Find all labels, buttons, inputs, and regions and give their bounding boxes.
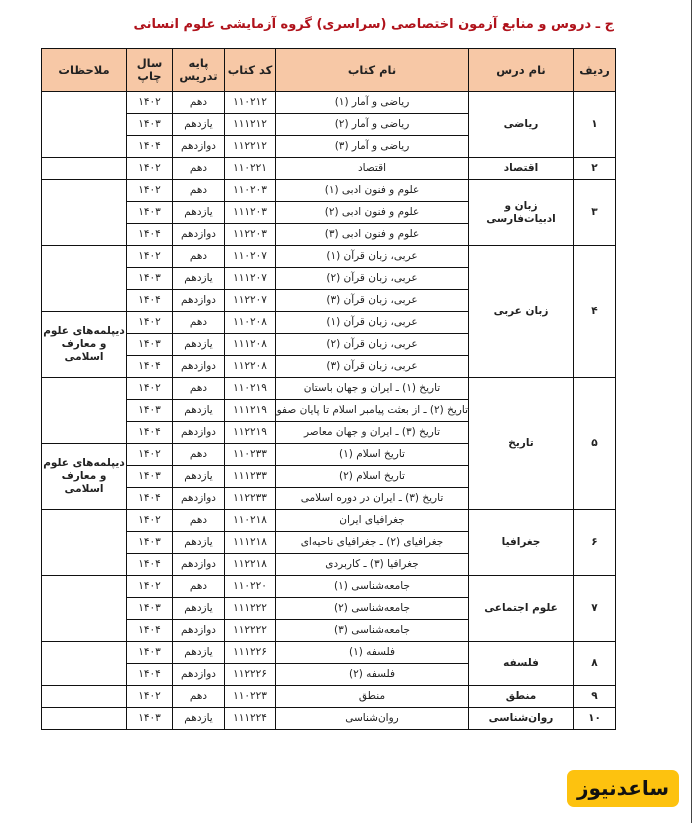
book-title: روان‌شناسی (276, 708, 469, 730)
teaching-grade: یازدهم (173, 400, 225, 422)
book-code: ۱۱۰۲۲۳ (225, 686, 276, 708)
book-title: عربی، زبان قرآن (۲) (276, 268, 469, 290)
book-title: عربی، زبان قرآن (۳) (276, 356, 469, 378)
book-code: ۱۱۰۲۱۸ (225, 510, 276, 532)
table-row: ۱ریاضیریاضی و آمار (۱)۱۱۰۲۱۲دهم۱۴۰۲ (42, 92, 616, 114)
teaching-grade: دهم (173, 246, 225, 268)
book-title: ریاضی و آمار (۱) (276, 92, 469, 114)
print-year: ۱۴۰۴ (127, 422, 173, 444)
teaching-grade: دهم (173, 180, 225, 202)
book-title: جامعه‌شناسی (۲) (276, 598, 469, 620)
page-title: ج ـ دروس و منابع آزمون اختصاصی (سراسری) … (214, 16, 614, 34)
print-year: ۱۴۰۲ (127, 312, 173, 334)
teaching-grade: یازدهم (173, 532, 225, 554)
book-code: ۱۱۰۲۱۹ (225, 378, 276, 400)
book-title: ریاضی و آمار (۳) (276, 136, 469, 158)
book-title: علوم و فنون ادبی (۳) (276, 224, 469, 246)
table-row: ۲اقتصاداقتصاد۱۱۰۲۲۱دهم۱۴۰۲ (42, 158, 616, 180)
row-number: ۳ (574, 180, 616, 246)
course-name: فلسفه (469, 642, 574, 686)
book-title: عربی، زبان قرآن (۲) (276, 334, 469, 356)
book-title: عربی، زبان قرآن (۱) (276, 312, 469, 334)
row-number: ۵ (574, 378, 616, 510)
print-year: ۱۴۰۲ (127, 444, 173, 466)
course-name: زبان عربی (469, 246, 574, 378)
teaching-grade: دوازدهم (173, 136, 225, 158)
book-code: ۱۱۰۲۱۲ (225, 92, 276, 114)
print-year: ۱۴۰۳ (127, 400, 173, 422)
notes-cell (42, 246, 127, 312)
book-code: ۱۱۲۲۰۸ (225, 356, 276, 378)
book-title: عربی، زبان قرآن (۳) (276, 290, 469, 312)
teaching-grade: دوازدهم (173, 224, 225, 246)
book-code: ۱۱۱۲۲۲ (225, 598, 276, 620)
table-row: ۵تاریختاریخ (۱) ـ ایران و جهان باستان۱۱۰… (42, 378, 616, 400)
book-code: ۱۱۰۲۳۳ (225, 444, 276, 466)
print-year: ۱۴۰۲ (127, 158, 173, 180)
print-year: ۱۴۰۳ (127, 708, 173, 730)
print-year: ۱۴۰۳ (127, 334, 173, 356)
print-year: ۱۴۰۴ (127, 356, 173, 378)
book-code: ۱۱۲۲۲۶ (225, 664, 276, 686)
notes-cell (42, 686, 127, 708)
book-title: علوم و فنون ادبی (۲) (276, 202, 469, 224)
book-code: ۱۱۲۲۰۳ (225, 224, 276, 246)
book-title: جامعه‌شناسی (۳) (276, 620, 469, 642)
book-code: ۱۱۰۲۰۳ (225, 180, 276, 202)
book-code: ۱۱۲۲۱۲ (225, 136, 276, 158)
teaching-grade: دهم (173, 312, 225, 334)
book-title: تاریخ (۳) ـ ایران و جهان معاصر (276, 422, 469, 444)
table-row: ۷علوم اجتماعیجامعه‌شناسی (۱)۱۱۰۲۲۰دهم۱۴۰… (42, 576, 616, 598)
book-title: جغرافیای (۲) ـ جغرافیای ناحیه‌ای (276, 532, 469, 554)
book-code: ۱۱۱۲۲۴ (225, 708, 276, 730)
teaching-grade: دوازدهم (173, 554, 225, 576)
course-name: روان‌شناسی (469, 708, 574, 730)
table-row: ۸فلسفهفلسفه (۱)۱۱۱۲۲۶یازدهم۱۴۰۳ (42, 642, 616, 664)
print-year: ۱۴۰۴ (127, 664, 173, 686)
book-code: ۱۱۱۲۱۸ (225, 532, 276, 554)
notes-cell (42, 92, 127, 158)
notes-cell (42, 158, 127, 180)
teaching-grade: دهم (173, 576, 225, 598)
book-title: فلسفه (۱) (276, 642, 469, 664)
book-code: ۱۱۰۲۰۷ (225, 246, 276, 268)
header-grade: پایه تدریس (173, 49, 225, 92)
teaching-grade: یازدهم (173, 466, 225, 488)
book-title: جغرافیا (۳) ـ کاربردی (276, 554, 469, 576)
row-number: ۴ (574, 246, 616, 378)
teaching-grade: دهم (173, 686, 225, 708)
teaching-grade: دوازدهم (173, 620, 225, 642)
print-year: ۱۴۰۳ (127, 598, 173, 620)
teaching-grade: دهم (173, 158, 225, 180)
book-code: ۱۱۱۲۱۹ (225, 400, 276, 422)
book-code: ۱۱۰۲۲۱ (225, 158, 276, 180)
notes-cell (42, 708, 127, 730)
saednews-logo: ساعدنیوز (567, 770, 679, 807)
teaching-grade: دهم (173, 378, 225, 400)
table-row: ۳زبان و ادبیات‌فارسیعلوم و فنون ادبی (۱)… (42, 180, 616, 202)
teaching-grade: دوازدهم (173, 488, 225, 510)
book-title: اقتصاد (276, 158, 469, 180)
course-name: جغرافیا (469, 510, 574, 576)
header-print-year: سال چاپ (127, 49, 173, 92)
teaching-grade: دوازدهم (173, 356, 225, 378)
teaching-grade: دوازدهم (173, 422, 225, 444)
course-name: زبان و ادبیات‌فارسی (469, 180, 574, 246)
teaching-grade: یازدهم (173, 202, 225, 224)
book-title: تاریخ اسلام (۲) (276, 466, 469, 488)
row-number: ۹ (574, 686, 616, 708)
header-book-code: کد کتاب (225, 49, 276, 92)
notes-cell (42, 510, 127, 576)
book-title: تاریخ (۳) ـ ایران در دوره اسلامی (276, 488, 469, 510)
book-code: ۱۱۱۲۰۷ (225, 268, 276, 290)
print-year: ۱۴۰۳ (127, 466, 173, 488)
row-number: ۷ (574, 576, 616, 642)
book-title: فلسفه (۲) (276, 664, 469, 686)
teaching-grade: یازدهم (173, 598, 225, 620)
teaching-grade: یازدهم (173, 642, 225, 664)
teaching-grade: یازدهم (173, 114, 225, 136)
row-number: ۱۰ (574, 708, 616, 730)
row-number: ۸ (574, 642, 616, 686)
print-year: ۱۴۰۲ (127, 246, 173, 268)
notes-cell (42, 576, 127, 642)
book-code: ۱۱۲۲۱۸ (225, 554, 276, 576)
page-edge-line (691, 0, 692, 823)
course-name: منطق (469, 686, 574, 708)
teaching-grade: یازدهم (173, 708, 225, 730)
table-header-row: ردیف نام درس نام کتاب کد کتاب پایه تدریس… (42, 49, 616, 92)
teaching-grade: دهم (173, 444, 225, 466)
teaching-grade: یازدهم (173, 334, 225, 356)
print-year: ۱۴۰۲ (127, 378, 173, 400)
book-title: جامعه‌شناسی (۱) (276, 576, 469, 598)
print-year: ۱۴۰۴ (127, 488, 173, 510)
notes-cell (42, 642, 127, 686)
print-year: ۱۴۰۴ (127, 620, 173, 642)
notes-cell: دیپلمه‌های علوم و معارف اسلامی (42, 444, 127, 510)
exam-resources-table: ردیف نام درس نام کتاب کد کتاب پایه تدریس… (41, 48, 616, 730)
print-year: ۱۴۰۲ (127, 180, 173, 202)
book-code: ۱۱۲۲۰۷ (225, 290, 276, 312)
course-name: ریاضی (469, 92, 574, 158)
print-year: ۱۴۰۲ (127, 686, 173, 708)
teaching-grade: دهم (173, 510, 225, 532)
notes-cell: دیپلمه‌های علوم و معارف اسلامی (42, 312, 127, 378)
teaching-grade: یازدهم (173, 268, 225, 290)
course-name: علوم اجتماعی (469, 576, 574, 642)
book-code: ۱۱۲۲۳۳ (225, 488, 276, 510)
book-code: ۱۱۲۲۲۲ (225, 620, 276, 642)
teaching-grade: دوازدهم (173, 664, 225, 686)
print-year: ۱۴۰۳ (127, 202, 173, 224)
course-name: تاریخ (469, 378, 574, 510)
book-title: علوم و فنون ادبی (۱) (276, 180, 469, 202)
book-title: تاریخ (۲) ـ از بعثت پیامبر اسلام تا پایا… (276, 400, 469, 422)
table-row: ۱۰روان‌شناسیروان‌شناسی۱۱۱۲۲۴یازدهم۱۴۰۳ (42, 708, 616, 730)
book-code: ۱۱۱۲۳۳ (225, 466, 276, 488)
book-title: تاریخ اسلام (۱) (276, 444, 469, 466)
table-row: ۹منطقمنطق۱۱۰۲۲۳دهم۱۴۰۲ (42, 686, 616, 708)
teaching-grade: دهم (173, 92, 225, 114)
book-title: تاریخ (۱) ـ ایران و جهان باستان (276, 378, 469, 400)
book-code: ۱۱۱۲۱۲ (225, 114, 276, 136)
header-radif: ردیف (574, 49, 616, 92)
print-year: ۱۴۰۳ (127, 114, 173, 136)
print-year: ۱۴۰۳ (127, 642, 173, 664)
book-title: منطق (276, 686, 469, 708)
row-number: ۶ (574, 510, 616, 576)
notes-cell (42, 378, 127, 444)
header-notes: ملاحظات (42, 49, 127, 92)
table-body: ۱ریاضیریاضی و آمار (۱)۱۱۰۲۱۲دهم۱۴۰۲ریاضی… (42, 92, 616, 730)
print-year: ۱۴۰۴ (127, 136, 173, 158)
book-title: عربی، زبان قرآن (۱) (276, 246, 469, 268)
row-number: ۱ (574, 92, 616, 158)
book-code: ۱۱۲۲۱۹ (225, 422, 276, 444)
print-year: ۱۴۰۲ (127, 510, 173, 532)
book-title: جغرافیای ایران (276, 510, 469, 532)
book-code: ۱۱۱۲۲۶ (225, 642, 276, 664)
print-year: ۱۴۰۴ (127, 224, 173, 246)
print-year: ۱۴۰۲ (127, 576, 173, 598)
book-code: ۱۱۰۲۰۸ (225, 312, 276, 334)
print-year: ۱۴۰۴ (127, 290, 173, 312)
header-book-name: نام کتاب (276, 49, 469, 92)
book-code: ۱۱۱۲۰۳ (225, 202, 276, 224)
header-course-name: نام درس (469, 49, 574, 92)
notes-cell (42, 180, 127, 246)
table-row: ۴زبان عربیعربی، زبان قرآن (۱)۱۱۰۲۰۷دهم۱۴… (42, 246, 616, 268)
course-name: اقتصاد (469, 158, 574, 180)
print-year: ۱۴۰۴ (127, 554, 173, 576)
book-code: ۱۱۱۲۰۸ (225, 334, 276, 356)
print-year: ۱۴۰۳ (127, 532, 173, 554)
book-title: ریاضی و آمار (۲) (276, 114, 469, 136)
book-code: ۱۱۰۲۲۰ (225, 576, 276, 598)
table-row: ۶جغرافیاجغرافیای ایران۱۱۰۲۱۸دهم۱۴۰۲ (42, 510, 616, 532)
print-year: ۱۴۰۲ (127, 92, 173, 114)
print-year: ۱۴۰۳ (127, 268, 173, 290)
teaching-grade: دوازدهم (173, 290, 225, 312)
row-number: ۲ (574, 158, 616, 180)
